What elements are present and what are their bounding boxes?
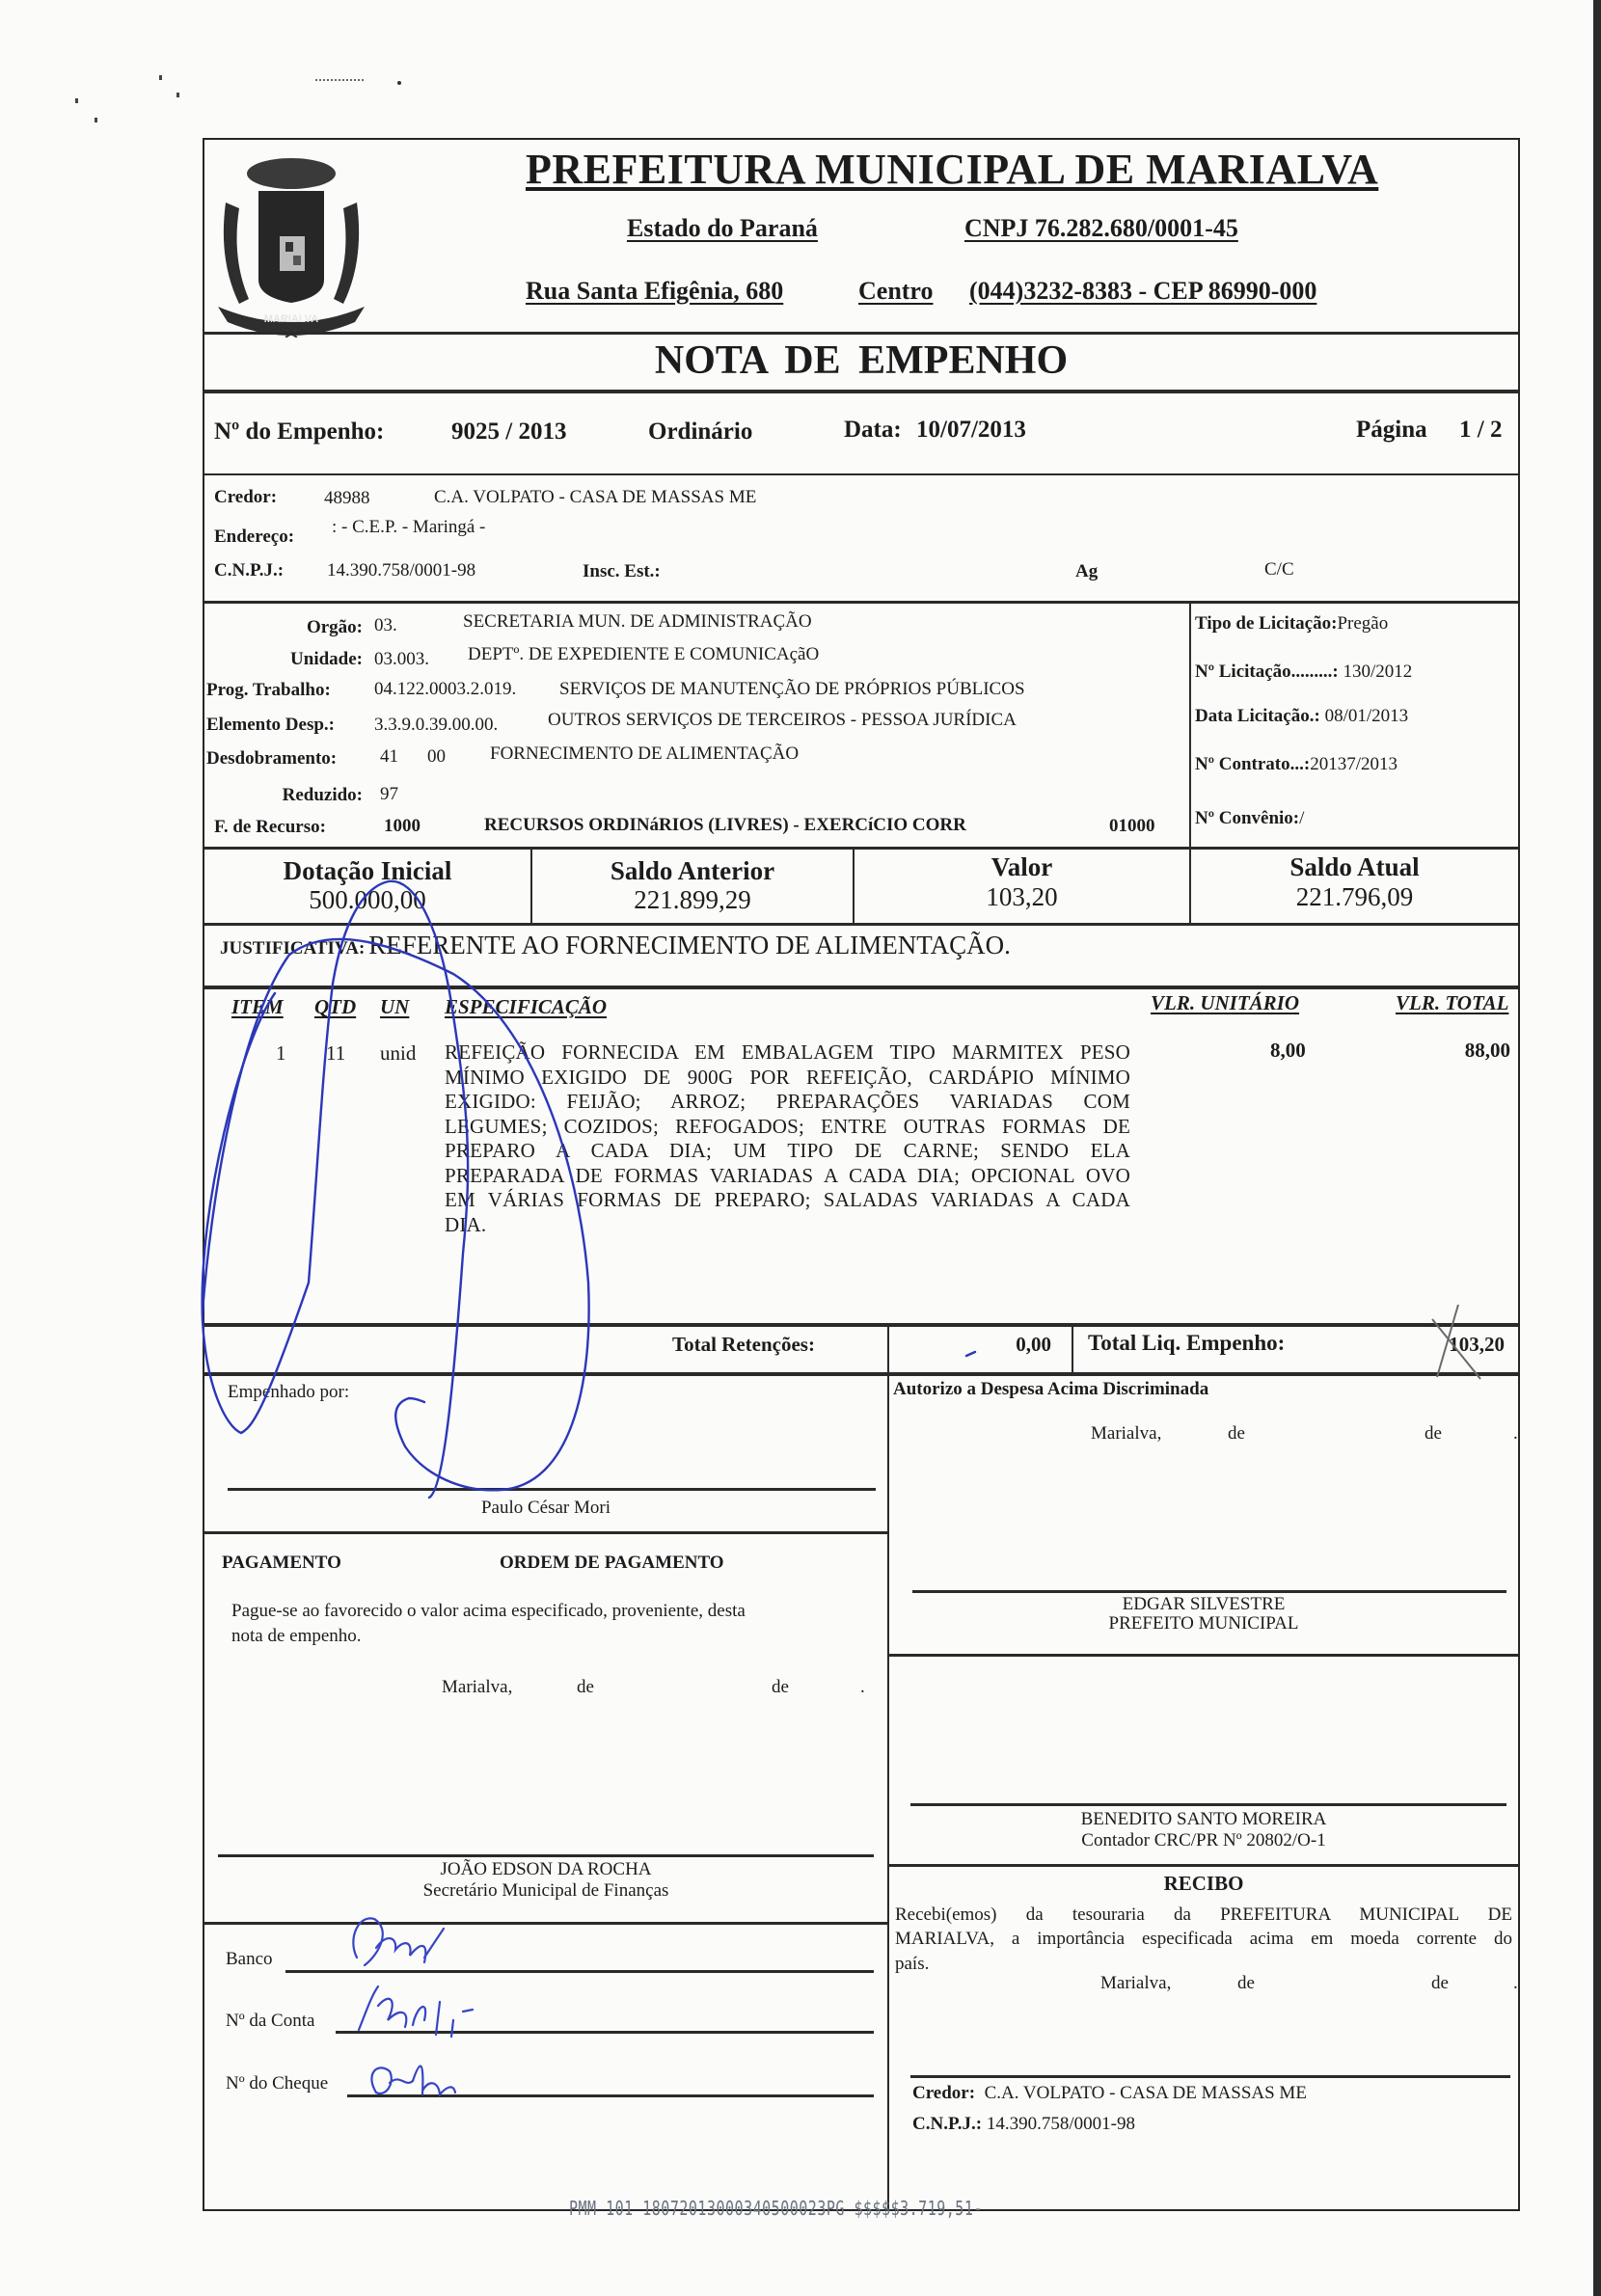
divider [204,986,1518,989]
saldo-anterior-label: Saldo Anterior [532,856,853,886]
licitacao-contrato-value: 20137/2013 [1310,754,1397,774]
prog-trabalho-desc: SERVIÇOS DE MANUTENÇÃO DE PRÓPRIOS PÚBLI… [559,679,1025,700]
justificativa-text: REFERENTE AO FORNECIMENTO DE ALIMENTAÇÃO… [368,931,1011,959]
address-label: Endereço: [214,527,294,548]
cnpj-label: C.N.P.J.: [214,560,284,581]
justificativa-label: JUSTIFICATIVA: [220,938,365,959]
scan-edge [1593,0,1601,2296]
cheque-label: Nº do Cheque [226,2073,328,2094]
recibo-line-2: MARIALVA, a importância especificada aci… [895,1929,1512,1950]
coat-of-arms-logo: MARIALVA [210,145,372,338]
licitacao-tipo-value: Pregão [1337,613,1388,634]
elemento-label: Elemento Desp.: [206,715,335,736]
prog-trabalho-code: 04.122.0003.2.019. [374,679,516,700]
document-title: NOTA DE EMPENHO [204,338,1518,384]
institution-phone-cep: (044)3232-8383 - CEP 86990-000 [969,277,1316,306]
spec-line: PREPARO A CADA DIA; UM TIPO DE CARNE; SE… [445,1139,1130,1164]
secretario-name: JOÃO EDSON DA ROCHA [204,1859,887,1880]
saldo-anterior-value: 221.899,29 [532,885,853,915]
elemento-desc: OUTROS SERVIÇOS DE TERCEIROS - PESSOA JU… [548,710,1017,731]
licitacao-convenio: Nº Convênio:/ [1195,808,1304,829]
row-total-value: 88,00 [1389,1039,1510,1063]
total-liq-label: Total Liq. Empenho: [1088,1331,1285,1356]
divider [1072,1327,1073,1373]
recibo-line-1: Recebi(emos) da tesouraria da PREFEITURA… [895,1904,1512,1926]
recibo-cnpj-value: 14.390.758/0001-98 [987,2114,1135,2134]
credor-label: Credor: [214,487,277,508]
signature-line [218,1854,874,1857]
empenhado-signer: Paulo César Mori [204,1498,887,1519]
pagamento-text-1: Pague-se ao favorecido o valor acima esp… [231,1601,746,1622]
unidade-label: Unidade: [204,649,363,670]
total-retencoes-label: Total Retenções: [672,1333,815,1357]
cc-label: C/C [1264,559,1294,581]
licitacao-data-label: Data Licitação.: [1195,706,1320,726]
recurso-code2: 01000 [1109,816,1155,837]
prefeito-name: EDGAR SILVESTRE [889,1595,1518,1614]
recibo-de1: de [1237,1973,1255,1994]
desdobramento-label: Desdobramento: [206,748,337,770]
insc-est-label: Insc. Est.: [583,561,661,582]
divider [204,390,1518,393]
contador-name: BENEDITO SANTO MOREIRA [889,1809,1518,1830]
reduzido-label: Reduzido: [204,785,363,806]
empenho-type: Ordinário [648,419,752,446]
autorizo-de2: de [1425,1423,1442,1445]
recurso-label: F. de Recurso: [214,817,326,838]
banco-label: Banco [226,1949,273,1970]
col-header-total-value: VLR. TOTAL [1396,991,1508,1015]
institution-district: Centro [858,277,934,306]
pagamento-de1: de [577,1677,594,1698]
autorizo-city: Marialva, [1091,1423,1161,1445]
signature-line [910,2075,1510,2078]
licitacao-numero-value: 130/2012 [1343,662,1413,682]
spec-line: PREPARADA DE FORMAS VARIADAS A CADA DIA;… [445,1164,1130,1189]
row-qtd: 11 [326,1041,345,1066]
empenho-number: 9025 / 2013 [451,419,566,446]
conta-field-line[interactable] [336,2031,874,2034]
recibo-dot: . [1513,1973,1518,1994]
orgao-code: 03. [374,615,397,636]
valor-label: Valor [855,852,1189,882]
divider [204,1372,1518,1376]
prefeito-role: PREFEITO MUNICIPAL [889,1614,1518,1634]
institution-cnpj: CNPJ 76.282.680/0001-45 [964,214,1238,243]
saldo-atual-value: 221.796,09 [1191,882,1518,912]
spec-line: DIA. [445,1213,1130,1238]
pagamento-de2: de [772,1677,789,1698]
col-header-unit-value: VLR. UNITÁRIO [1151,991,1299,1015]
row-un: unid [380,1041,416,1066]
prog-trabalho-label: Prog. Trabalho: [206,680,331,701]
recibo-cnpj-label: C.N.P.J.: [912,2114,982,2134]
row-item: 1 [276,1041,286,1066]
divider [204,847,1518,850]
conta-label: Nº da Conta [226,2011,314,2032]
col-header-un: UN [380,995,409,1019]
ordem-pagamento-label: ORDEM DE PAGAMENTO [500,1553,724,1574]
state-label: Estado do Paraná [627,214,818,243]
divider [204,473,1518,475]
orgao-desc: SECRETARIA MUN. DE ADMINISTRAÇÃO [463,611,812,633]
spec-line: LEGUMES; COZIDOS; REFOGADOS; ENTRE OUTRA… [445,1115,1130,1140]
signature-line [228,1488,876,1491]
licitacao-numero-label: Nº Licitação.........: [1195,662,1339,682]
page-number: 1 / 2 [1459,417,1502,444]
divider [204,1922,887,1925]
recurso-code: 1000 [384,816,421,837]
saldo-dotacao-value: 500.000,00 [204,885,530,915]
col-header-spec: ESPECIFICAÇÃO [445,995,607,1019]
autorizo-label: Autorizo a Despesa Acima Discriminada [893,1379,1208,1400]
total-liq-value: 103,20 [1398,1333,1505,1357]
total-retencoes-value: 0,00 [926,1333,1051,1357]
scan-speck [159,75,162,80]
scan-speck [397,81,401,85]
divider [204,601,1518,604]
empenho-date: 10/07/2013 [916,417,1026,444]
licitacao-numero: Nº Licitação.........: 130/2012 [1195,662,1412,683]
credor-code: 48988 [324,488,370,509]
divider [887,1325,889,1375]
col-header-item: ITEM [231,995,284,1019]
recibo-title: RECIBO [889,1872,1518,1896]
recibo-de2: de [1431,1973,1449,1994]
divider [204,1323,1518,1327]
recurso-desc: RECURSOS ORDINáRIOS (LIVRES) - EXERCíCIO… [484,815,966,836]
scan-speck [95,118,97,122]
orgao-label: Orgão: [204,617,363,638]
licitacao-tipo-label: Tipo de Licitação: [1195,613,1337,634]
divider [204,332,1518,335]
institution-address: Rua Santa Efigênia, 680 [526,277,783,306]
scan-speck [315,79,364,83]
ag-label: Ag [1075,561,1098,582]
signature-line [910,1803,1506,1806]
divider [1189,602,1191,849]
licitacao-data: Data Licitação.: 08/01/2013 [1195,706,1408,727]
credor-name: C.A. VOLPATO - CASA DE MASSAS ME [434,487,756,508]
recibo-line-3: país. [895,1954,929,1975]
divider [887,1374,889,2209]
spec-line: EM VÁRIAS FORMAS DE PREPARO; SALADAS VAR… [445,1188,1130,1213]
coat-of-arms-icon: MARIALVA [210,145,372,338]
scan-speck [75,98,78,103]
credor-address: : - C.E.P. - Maringá - [332,517,485,538]
contador-role: Contador CRC/PR Nº 20802/O-1 [889,1830,1518,1851]
pagamento-dot: . [860,1677,865,1698]
recibo-credor-name: C.A. VOLPATO - CASA DE MASSAS ME [985,2083,1307,2103]
licitacao-data-value: 08/01/2013 [1325,706,1409,726]
banco-field-line[interactable] [285,1970,874,1973]
footer-print-code: PMM 101 18072013000340500023PG $$$$$3.71… [569,2197,983,2220]
recibo-credor-label: Credor: [912,2083,975,2103]
empenho-number-label: Nº do Empenho: [214,419,384,446]
recibo-credor: Credor: C.A. VOLPATO - CASA DE MASSAS ME [912,2083,1307,2104]
scan-speck [176,93,179,97]
pagamento-city: Marialva, [442,1677,512,1698]
svg-text:MARIALVA: MARIALVA [264,313,318,325]
secretario-role: Secretário Municipal de Finanças [204,1880,887,1902]
page-label: Página [1356,417,1427,444]
unidade-code: 03.003. [374,649,429,670]
licitacao-contrato-label: Nº Contrato...: [1195,754,1310,774]
justificativa: JUSTIFICATIVA: REFERENTE AO FORNECIMENTO… [220,931,1011,960]
recibo-city: Marialva, [1100,1973,1171,1994]
pagamento-text-2: nota de empenho. [231,1626,362,1647]
desdobramento-code: 41 [380,746,398,768]
saldo-dotacao-label: Dotação Inicial [204,856,530,886]
reduzido-code: 97 [380,784,398,805]
licitacao-contrato: Nº Contrato...:20137/2013 [1195,754,1397,775]
elemento-code: 3.3.9.0.39.00.00. [374,715,498,736]
pagamento-label: PAGAMENTO [222,1553,341,1574]
cheque-field-line[interactable] [347,2094,874,2097]
divider [889,1654,1518,1657]
credor-cnpj: 14.390.758/0001-98 [327,560,475,581]
empenho-date-label: Data: [844,417,902,444]
spec-line: MÍNIMO EXIGIDO DE 900G POR REFEIÇÃO, CAR… [445,1066,1130,1091]
row-specification: REFEIÇÃO FORNECIDA EM EMBALAGEM TIPO MAR… [445,1040,1130,1237]
recibo-cnpj: C.N.P.J.: 14.390.758/0001-98 [912,2114,1135,2135]
col-header-qtd: QTD [314,995,356,1019]
divider [204,923,1518,926]
unidade-desc: DEPTº. DE EXPEDIENTE E COMUNICAçãO [468,644,819,665]
row-unit-value: 8,00 [1270,1039,1306,1063]
autorizo-de1: de [1228,1423,1245,1445]
divider [204,1531,887,1534]
divider [889,1864,1518,1867]
institution-title: PREFEITURA MUNICIPAL DE MARIALVA [526,145,1394,194]
valor-value: 103,20 [855,882,1189,912]
autorizo-dot: . [1513,1423,1518,1445]
licitacao-tipo: Tipo de Licitação:Pregão [1195,613,1388,635]
desdobramento-code2: 00 [427,746,446,768]
saldo-atual-label: Saldo Atual [1191,852,1518,882]
licitacao-convenio-label: Nº Convênio: [1195,808,1299,828]
licitacao-convenio-value: / [1299,808,1304,828]
spec-line: EXIGIDO: FEIJÃO; ARROZ; PREPARAÇÕES VARI… [445,1090,1130,1115]
signature-line [912,1590,1506,1593]
empenhado-label: Empenhado por: [228,1382,349,1403]
desdobramento-desc: FORNECIMENTO DE ALIMENTAÇÃO [490,743,799,765]
spec-line: REFEIÇÃO FORNECIDA EM EMBALAGEM TIPO MAR… [445,1040,1130,1066]
